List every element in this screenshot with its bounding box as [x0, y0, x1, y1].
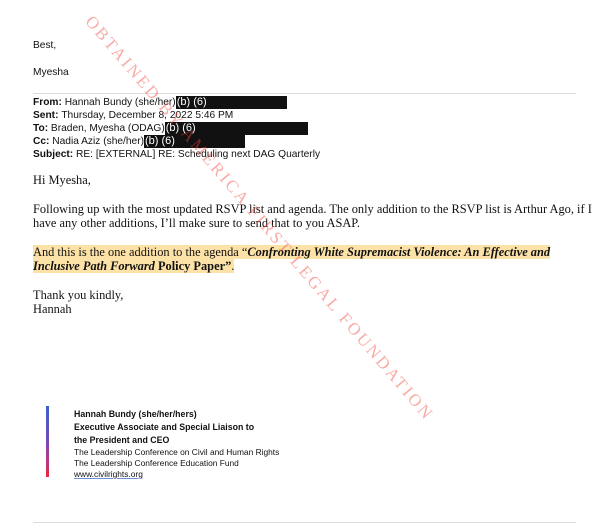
subject-line: Subject: RE: [EXTERNAL] RE: Scheduling n… [33, 148, 320, 161]
signature-name: Hannah Bundy (she/her/hers) [74, 408, 197, 421]
agenda-suffix: Policy Paper” [155, 259, 231, 273]
from-value: Hannah Bundy (she/her) [65, 97, 176, 108]
header-separator [33, 93, 576, 94]
cc-value: Nadia Aziz (she/her) [52, 136, 144, 147]
agenda-end: . [231, 259, 234, 273]
subject-label: Subject: [33, 149, 76, 160]
paragraph-rsvp-line2: have any other additions, I’ll make sure… [33, 216, 593, 230]
to-value: Braden, Myesha (ODAG) [51, 123, 165, 134]
subject-value: RE: [EXTERNAL] RE: Scheduling next DAG Q… [76, 149, 320, 160]
agenda-title-line2: Inclusive Path Forward [33, 259, 155, 273]
website-link[interactable]: www.civilrights.org [74, 469, 143, 479]
signoff-name: Hannah [33, 302, 593, 316]
signature-title-line1: Executive Associate and Special Liaison … [74, 421, 254, 434]
to-label: To: [33, 123, 51, 134]
paragraph-rsvp: Following up with the most updated RSVP … [33, 202, 593, 230]
from-line: From: Hannah Bundy (she/her)(b) (6) [33, 96, 287, 109]
from-redaction: (b) (6) [176, 96, 287, 109]
signoff: Thank you kindly, [33, 288, 593, 302]
to-line: To: Braden, Myesha (ODAG)(b) (6) [33, 122, 308, 135]
signature-website: www.civilrights.org [74, 469, 143, 480]
footer-separator [33, 522, 576, 523]
from-label: From: [33, 97, 65, 108]
signature-title-line2: the President and CEO [74, 434, 169, 447]
closing-name: Myesha [33, 67, 69, 78]
signature-org1: The Leadership Conference on Civil and H… [74, 447, 279, 458]
greeting: Hi Myesha, [33, 173, 593, 187]
signature-org2: The Leadership Conference Education Fund [74, 458, 239, 469]
agenda-prefix: And this is the one addition to the agen… [33, 245, 247, 259]
paragraph-rsvp-line1: Following up with the most updated RSVP … [33, 202, 593, 216]
cc-label: Cc: [33, 136, 52, 147]
paragraph-agenda: And this is the one addition to the agen… [33, 245, 593, 273]
cc-line: Cc: Nadia Aziz (she/her)(b) (6) [33, 135, 245, 148]
cc-redaction: (b) (6) [144, 135, 245, 148]
to-redaction: (b) (6) [165, 122, 308, 135]
signature-accent-bar [46, 406, 49, 477]
sent-line: Sent: Thursday, December 8, 2022 5:46 PM [33, 109, 233, 122]
agenda-title-line1: Confronting White Supremacist Violence: … [247, 245, 550, 259]
sent-label: Sent: [33, 110, 61, 121]
sent-value: Thursday, December 8, 2022 5:46 PM [61, 110, 233, 121]
signoff-block: Thank you kindly, Hannah [33, 288, 593, 316]
closing-salutation: Best, [33, 40, 56, 51]
